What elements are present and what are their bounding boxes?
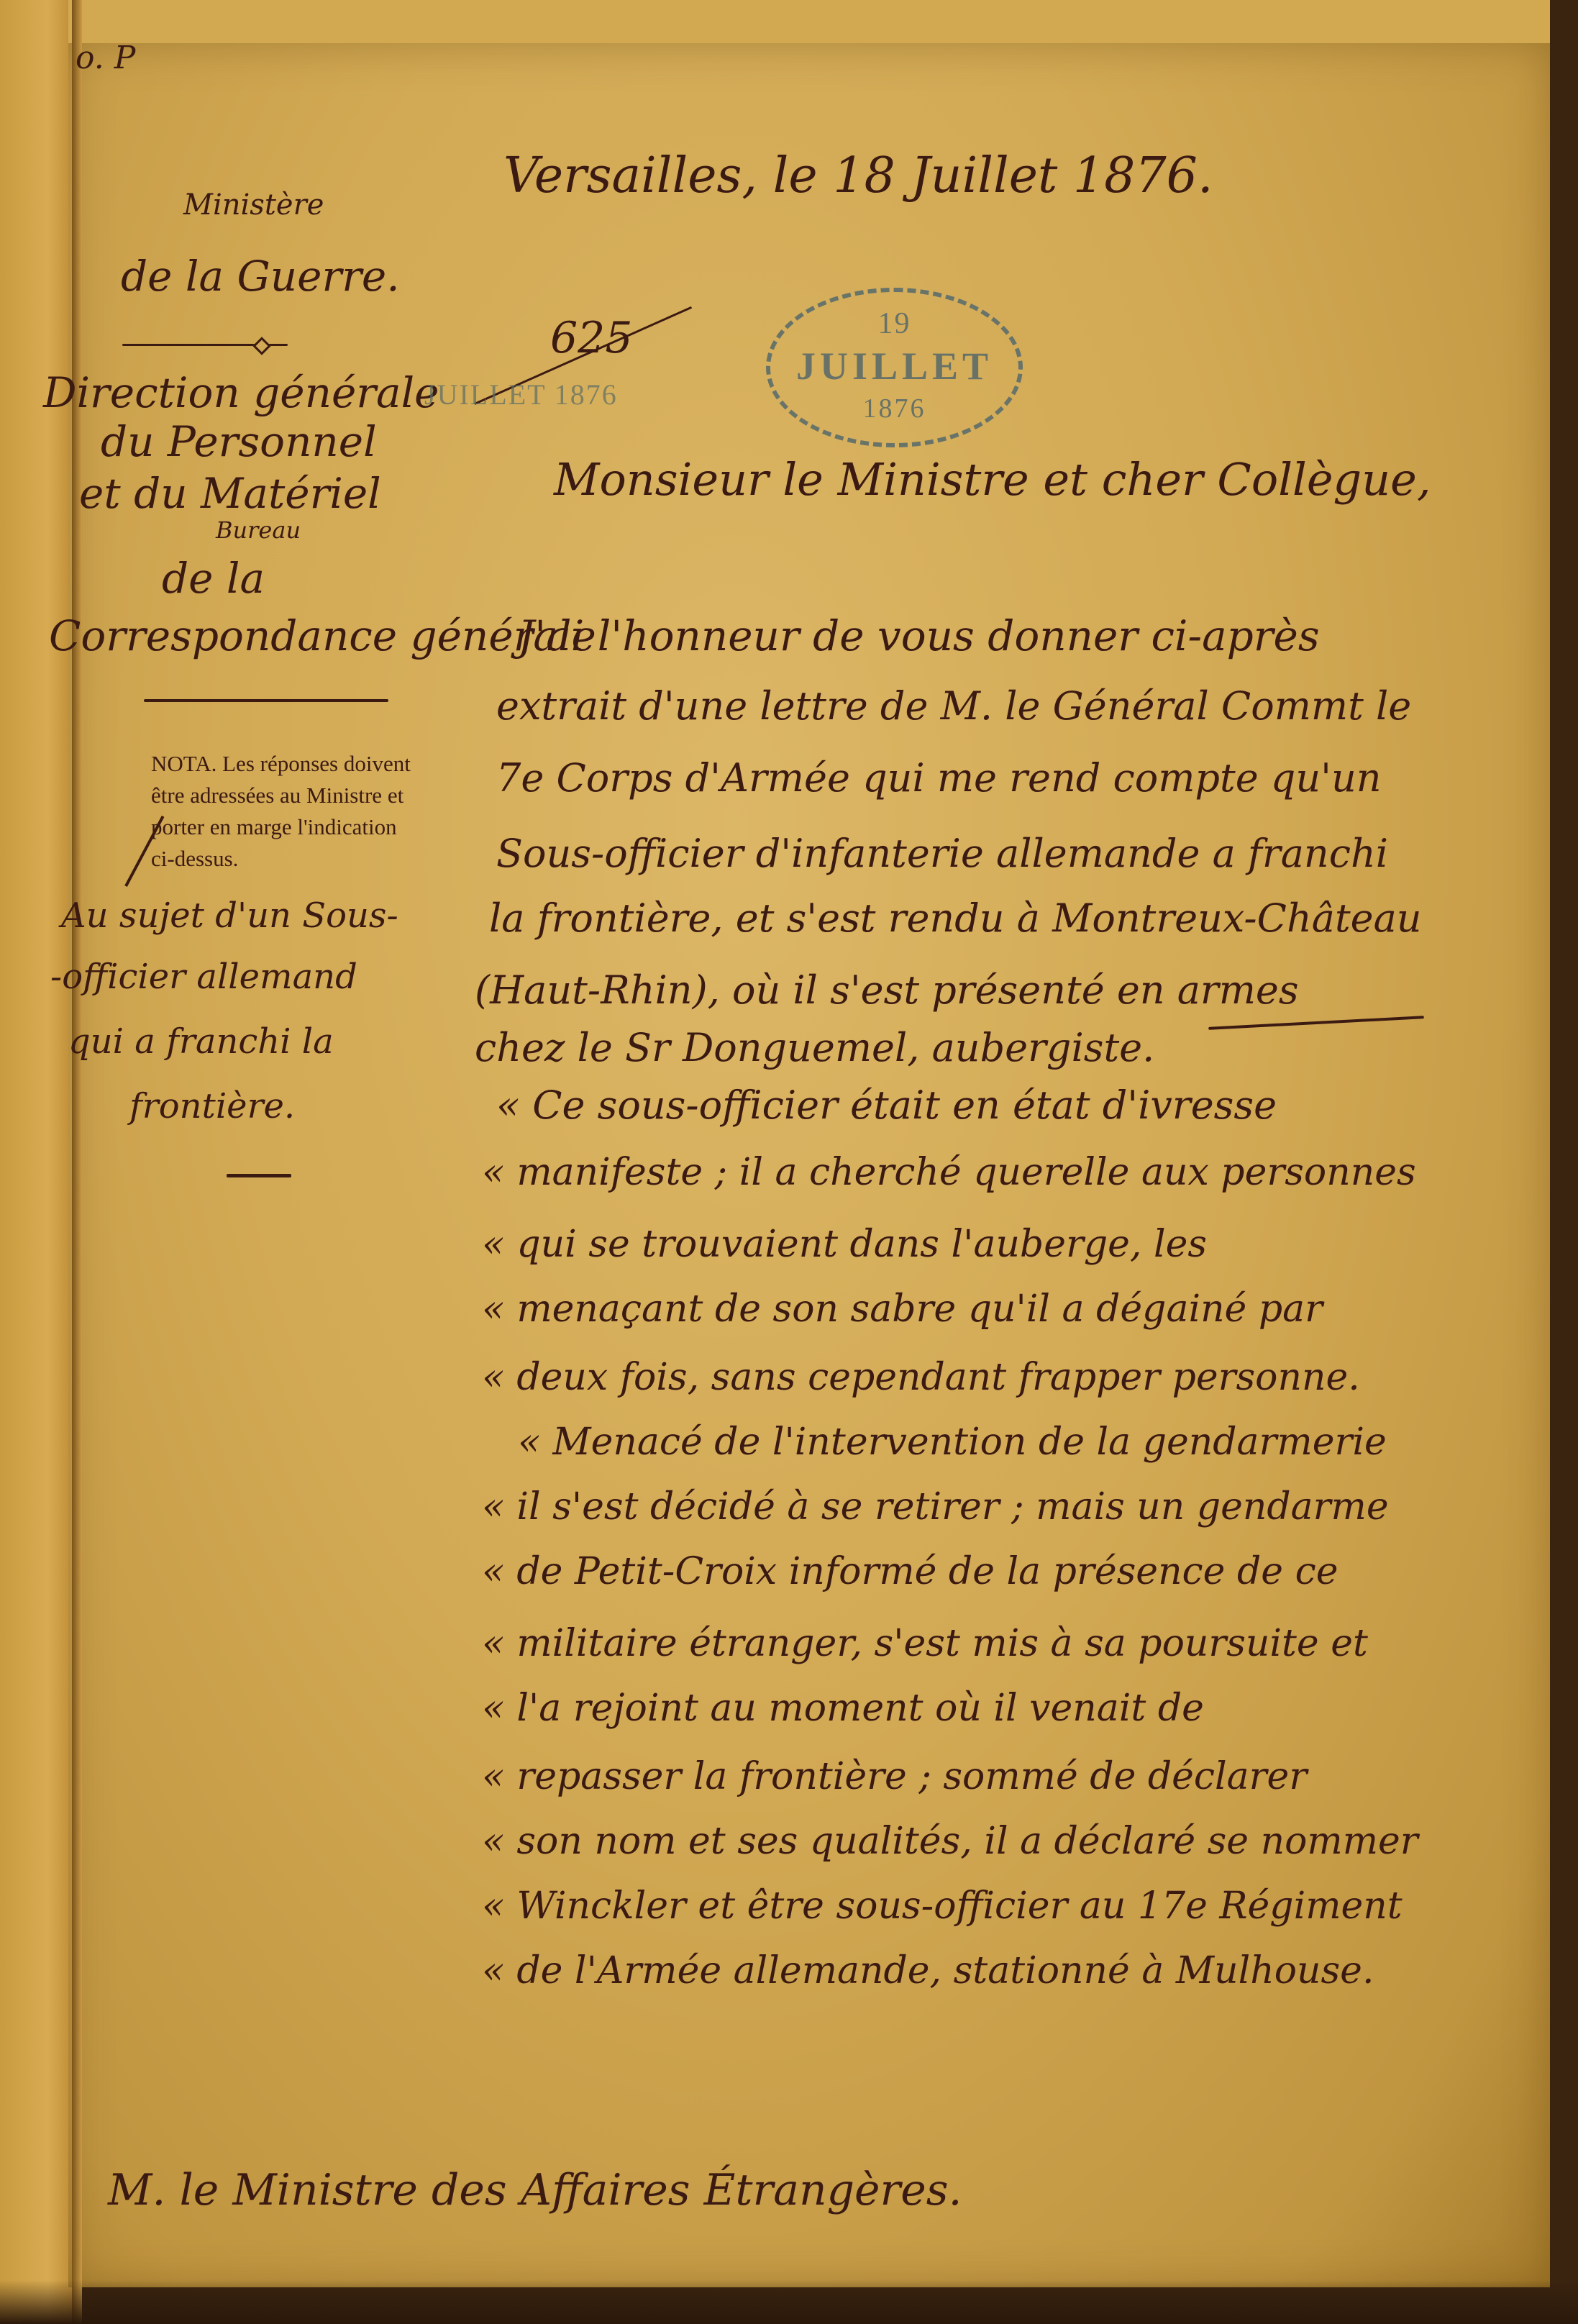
body-line: chez le Sr Donguemel, aubergiste. bbox=[475, 1025, 1154, 1070]
page-mark: o. P bbox=[76, 40, 135, 76]
body-line: « militaire étranger, s'est mis à sa pou… bbox=[482, 1622, 1368, 1665]
body-line: « de l'Armée allemande, stationné à Mulh… bbox=[482, 1949, 1374, 1992]
nota-block: NOTA. Les réponses doivent être adressée… bbox=[151, 748, 432, 875]
subject-line-2: -officier allemand bbox=[50, 957, 357, 997]
body-line: « repasser la frontière ; sommé de décla… bbox=[482, 1755, 1307, 1798]
body-line: extrait d'une lettre de M. le Général Co… bbox=[496, 683, 1411, 729]
binder-backing bbox=[0, 0, 79, 2324]
body-line: la frontière, et s'est rendu à Montreux-… bbox=[489, 896, 1422, 941]
subject-line-4: frontière. bbox=[129, 1086, 295, 1126]
place-date: Versailles, le 18 Juillet 1876. bbox=[503, 147, 1213, 204]
nota-line-4: ci-dessus. bbox=[151, 846, 238, 871]
direction-line-1: Direction générale bbox=[43, 368, 439, 417]
direction-line-2: du Personnel bbox=[101, 417, 377, 466]
received-date-stamp: 19 JUILLET 1876 bbox=[766, 288, 1023, 447]
bureau-name-line1: de la bbox=[162, 554, 265, 603]
direction-line-3: et du Matériel bbox=[79, 469, 381, 518]
nota-label: NOTA. bbox=[151, 751, 216, 776]
body-line: « son nom et ses qualités, il a déclaré … bbox=[482, 1820, 1418, 1863]
subject-line-1: Au sujet d'un Sous- bbox=[61, 896, 398, 936]
body-line: « Winckler et être sous-officier au 17e … bbox=[482, 1885, 1403, 1928]
body-line: 7e Corps d'Armée qui me rend compte qu'u… bbox=[496, 755, 1382, 801]
header-divider-bottom bbox=[144, 699, 388, 702]
salutation: Monsieur le Ministre et cher Collègue, bbox=[554, 453, 1431, 506]
faint-date-stamp: JUILLET 1876 bbox=[424, 378, 618, 411]
body-line: « Ce sous-officier était en état d'ivres… bbox=[496, 1083, 1277, 1128]
body-line: « menaçant de son sabre qu'il a dégainé … bbox=[482, 1288, 1323, 1331]
nota-line-3: porter en marge l'indication bbox=[151, 814, 397, 839]
body-line: « Menacé de l'intervention de la gendarm… bbox=[518, 1421, 1387, 1464]
ministry-line2: de la Guerre. bbox=[121, 252, 400, 301]
stamp-year: 1876 bbox=[770, 393, 1018, 424]
body-line: « deux fois, sans cependant frapper pers… bbox=[482, 1356, 1360, 1399]
body-line: « de Petit-Croix informé de la présence … bbox=[482, 1550, 1338, 1593]
subject-end-rule bbox=[227, 1174, 291, 1177]
page-fold-edge bbox=[72, 0, 82, 2324]
body-line: « manifeste ; il a cherché querelle aux … bbox=[482, 1151, 1416, 1194]
bureau-label: Bureau bbox=[216, 516, 301, 544]
body-line: « qui se trouvaient dans l'auberge, les bbox=[482, 1223, 1207, 1266]
body-line: (Haut-Rhin), où il s'est présenté en arm… bbox=[475, 967, 1299, 1013]
body-line: Sous-officier d'infanterie allemande a f… bbox=[496, 831, 1388, 876]
ministry-line1: Ministère bbox=[183, 188, 324, 222]
addressee: M. le Ministre des Affaires Étrangères. bbox=[108, 2165, 962, 2215]
body-line: « il s'est décidé à se retirer ; mais un… bbox=[482, 1485, 1389, 1528]
body-line: « l'a rejoint au moment où il venait de bbox=[482, 1687, 1204, 1730]
nota-line-2: être adressées au Ministre et bbox=[151, 783, 403, 808]
stamp-month: JUILLET bbox=[770, 344, 1018, 388]
body-line: J'ai l'honneur de vous donner ci-après bbox=[518, 611, 1320, 660]
stamp-day: 19 bbox=[770, 306, 1018, 341]
subject-line-3: qui a franchi la bbox=[68, 1021, 334, 1062]
nota-line-1: Les réponses doivent bbox=[222, 751, 411, 776]
bottom-shadow bbox=[0, 2280, 1578, 2324]
bureau-name-line2: Correspondance générale bbox=[49, 611, 596, 660]
